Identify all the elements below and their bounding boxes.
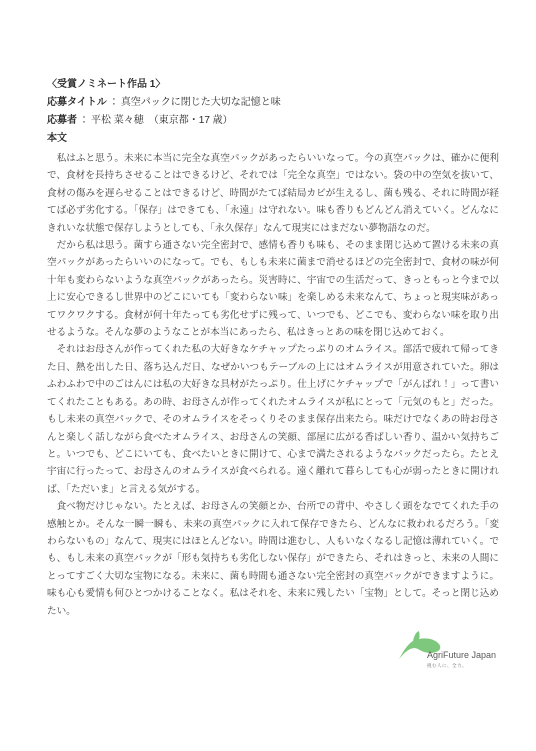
body-paragraph: 食べ物だけじゃない。たとえば、お母さんの笑顔とか、台所での背中、やさしく頭をなで… <box>47 498 499 620</box>
entry-title-label: 応募タイトル <box>47 97 107 108</box>
nominee-heading: 〈受賞ノミネート作品 1〉 <box>47 76 499 94</box>
entrant-label: 応募者 <box>47 115 77 126</box>
label-separator: ： <box>109 97 119 108</box>
document-header: 〈受賞ノミネート作品 1〉 応募タイトル：真空パックに閉じた大切な記憶と味 応募… <box>47 76 499 148</box>
body-paragraph: だから私は思う。菌すら通さない完全密封で、感情も香りも味も、そのまま閉じ込めて置… <box>47 237 499 341</box>
entrant-row: 応募者：平松 菜々穂 （東京都・17 歳） <box>47 112 499 130</box>
body-section-label: 本文 <box>47 130 499 148</box>
entry-title-value: 真空パックに閉じた大切な記憶と味 <box>121 97 281 108</box>
logo-wordmark: AgriFuture Japan <box>427 650 496 661</box>
body-paragraph: 私はふと思う。未来に本当に完全な真空パックがあったらいいなって。今の真空パックは… <box>47 150 499 237</box>
document-page: 〈受賞ノミネート作品 1〉 応募タイトル：真空パックに閉じた大切な記憶と味 応募… <box>0 0 536 751</box>
logo-tagline: 挑む人に、全力。 <box>427 663 467 669</box>
essay-body: 私はふと思う。未来に本当に完全な真空パックがあったらいいなって。今の真空パックは… <box>47 150 499 620</box>
label-separator: ： <box>79 115 89 126</box>
body-paragraph: それはお母さんが作ってくれた私の大好きなケチャップたっぷりのオムライス。部活で疲… <box>47 341 499 498</box>
entry-title-row: 応募タイトル：真空パックに閉じた大切な記憶と味 <box>47 94 499 112</box>
document-content: 〈受賞ノミネート作品 1〉 応募タイトル：真空パックに閉じた大切な記憶と味 応募… <box>47 76 499 620</box>
agrifuture-japan-logo: AgriFuture Japan 挑む人に、全力。 <box>398 630 508 680</box>
entrant-name: 平松 菜々穂 （東京都・17 歳） <box>91 115 233 126</box>
